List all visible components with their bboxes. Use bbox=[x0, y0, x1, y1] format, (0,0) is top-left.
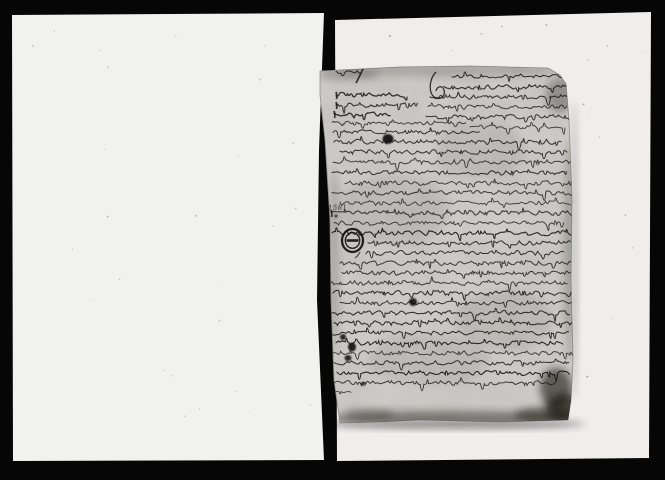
ink-blot bbox=[383, 134, 394, 144]
dust-speck bbox=[236, 391, 237, 392]
dust-speck bbox=[172, 375, 173, 376]
dust-speck bbox=[238, 155, 239, 156]
dust-speck bbox=[104, 149, 105, 150]
dust-speck bbox=[218, 320, 220, 322]
handwriting-bold-initial bbox=[336, 92, 337, 99]
handwriting-bold-initial bbox=[336, 102, 337, 109]
marginal-year-text: 1581 bbox=[328, 203, 348, 212]
dust-speck bbox=[93, 300, 94, 301]
dust-speck bbox=[588, 115, 589, 116]
ink-blot bbox=[348, 343, 356, 352]
dust-speck bbox=[599, 137, 601, 139]
dust-speck bbox=[588, 59, 589, 60]
ink-blot bbox=[340, 334, 346, 340]
dust-speck bbox=[54, 30, 55, 31]
dust-speck bbox=[389, 35, 391, 37]
dust-speck bbox=[272, 226, 273, 227]
dust-speck bbox=[259, 79, 261, 81]
dust-speck bbox=[72, 249, 73, 250]
ink-blot bbox=[409, 298, 417, 306]
dust-speck bbox=[99, 50, 100, 51]
dust-speck bbox=[185, 415, 186, 416]
dust-speck bbox=[632, 247, 633, 248]
dust-speck bbox=[195, 215, 197, 217]
dust-speck bbox=[221, 285, 222, 286]
dust-speck bbox=[611, 318, 612, 319]
dust-speck bbox=[249, 411, 250, 412]
paper-stain bbox=[343, 408, 393, 420]
scan-image: 1581 bbox=[0, 0, 665, 480]
dust-speck bbox=[452, 50, 453, 51]
ink-blot bbox=[345, 355, 352, 361]
dust-speck bbox=[480, 33, 482, 35]
dust-speck bbox=[199, 409, 200, 410]
dust-speck bbox=[107, 66, 109, 68]
manuscript-page: 1581 bbox=[315, 60, 586, 430]
marginal-year: 1581 bbox=[328, 203, 348, 212]
manuscript-surface: 1581 bbox=[315, 60, 586, 430]
dust-speck bbox=[295, 208, 297, 210]
ink-blot bbox=[335, 215, 338, 218]
dust-speck bbox=[586, 376, 588, 378]
dust-speck bbox=[545, 24, 547, 26]
dust-speck bbox=[119, 279, 120, 280]
dust-speck bbox=[310, 404, 311, 405]
left-blank-page bbox=[12, 13, 324, 461]
dust-speck bbox=[583, 103, 585, 105]
dust-speck bbox=[501, 26, 502, 27]
ink-blot bbox=[361, 382, 366, 386]
scan-svg: 1581 bbox=[0, 0, 665, 480]
dust-speck bbox=[163, 370, 164, 371]
dust-speck bbox=[32, 45, 33, 46]
dust-speck bbox=[606, 45, 608, 47]
dust-speck bbox=[264, 45, 266, 47]
dust-speck bbox=[642, 52, 643, 53]
dust-speck bbox=[107, 216, 109, 218]
dust-speck bbox=[175, 35, 176, 36]
dust-speck bbox=[292, 142, 294, 144]
handwriting-bold-initial bbox=[334, 111, 335, 118]
dust-speck bbox=[625, 214, 627, 216]
paper-stain bbox=[457, 290, 553, 350]
